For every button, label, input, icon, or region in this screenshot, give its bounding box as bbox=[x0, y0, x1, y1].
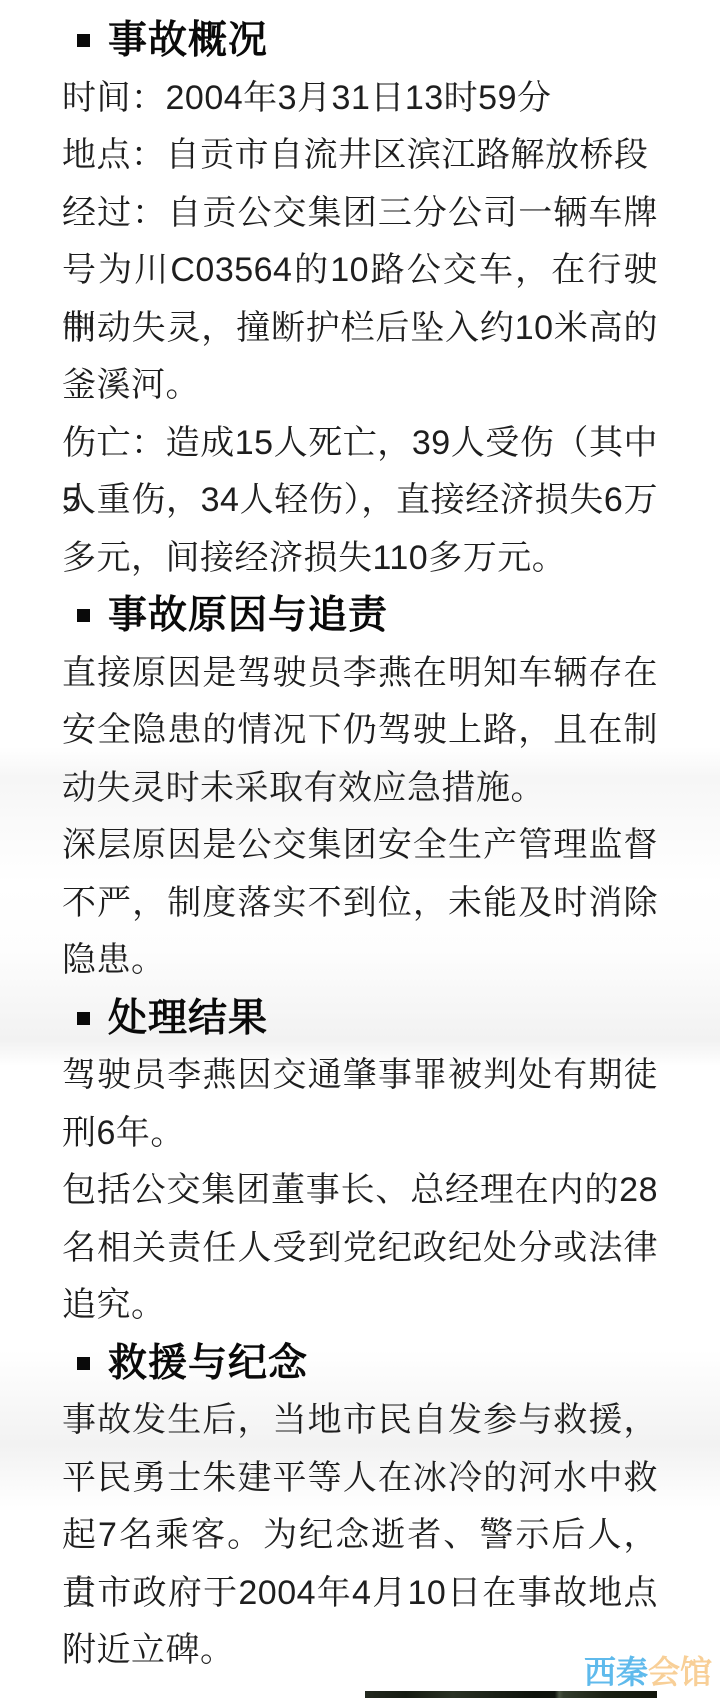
article-text-line: 包括公交集团董事长、总经理在内的28 bbox=[62, 1162, 658, 1220]
article-text-line: 动失灵时未采取有效应急措施。 bbox=[62, 760, 658, 818]
article-text-line: 驾驶员李燕因交通肇事罪被判处有期徒 bbox=[62, 1047, 658, 1105]
article-text-line: 附近立碑。 bbox=[62, 1622, 658, 1680]
section-heading-text: 事故原因与追责 bbox=[108, 587, 388, 645]
article-text-line: 事故发生后，当地市民自发参与救援， bbox=[62, 1392, 658, 1450]
section-heading-handling-result: 处理结果 bbox=[62, 990, 658, 1048]
article-text-line: 釜溪河。 bbox=[62, 357, 658, 415]
square-bullet-icon bbox=[77, 1357, 90, 1370]
article-text-line: 贡市政府于2004年4月10日在事故地点 bbox=[62, 1565, 658, 1623]
article-text-line: 安全隐患的情况下仍驾驶上路，且在制 bbox=[62, 702, 658, 760]
section-heading-text: 事故概况 bbox=[108, 12, 268, 70]
article-text-line: 经过：自贡公交集团三分公司一辆车牌 bbox=[62, 185, 658, 243]
article-text-line: 直接原因是驾驶员李燕在明知车辆存在 bbox=[62, 645, 658, 703]
article-text-line: 制动失灵，撞断护栏后坠入约10米高的 bbox=[62, 300, 658, 358]
watermark: 西秦会馆 bbox=[584, 1656, 712, 1688]
watermark-text-part2: 会馆 bbox=[648, 1654, 712, 1690]
article-text-line: 起7名乘客。为纪念逝者、警示后人，自 bbox=[62, 1507, 658, 1565]
section-heading-text: 处理结果 bbox=[108, 990, 268, 1048]
article-text-line: 隐患。 bbox=[62, 932, 658, 990]
section-heading-accident-overview: 事故概况 bbox=[62, 12, 658, 70]
square-bullet-icon bbox=[77, 34, 90, 47]
article-text-line: 不严，制度落实不到位，未能及时消除 bbox=[62, 875, 658, 933]
article-body: 事故概况时间：2004年3月31日13时59分地点：自贡市自流井区滨江路解放桥段… bbox=[0, 0, 720, 1680]
article-photo-top-edge[interactable] bbox=[365, 1691, 657, 1698]
section-heading-rescue-and-memorial: 救援与纪念 bbox=[62, 1335, 658, 1393]
section-heading-cause-and-accountability: 事故原因与追责 bbox=[62, 587, 658, 645]
article-text-line: 深层原因是公交集团安全生产管理监督 bbox=[62, 817, 658, 875]
article-text-line: 追究。 bbox=[62, 1277, 658, 1335]
square-bullet-icon bbox=[77, 1012, 90, 1025]
article-text-line: 人重伤，34人轻伤），直接经济损失6万 bbox=[62, 472, 658, 530]
article-text-line: 号为川C03564的10路公交车，在行驶中 bbox=[62, 242, 658, 300]
article-text-line: 多元，间接经济损失110多万元。 bbox=[62, 530, 658, 588]
watermark-text-part1: 西秦 bbox=[584, 1654, 648, 1690]
article-page: 事故概况时间：2004年3月31日13时59分地点：自贡市自流井区滨江路解放桥段… bbox=[0, 0, 720, 1698]
article-text-line: 时间：2004年3月31日13时59分 bbox=[62, 70, 658, 128]
article-text-line: 伤亡：造成15人死亡，39人受伤（其中5 bbox=[62, 415, 658, 473]
square-bullet-icon bbox=[77, 609, 90, 622]
article-text-line: 名相关责任人受到党纪政纪处分或法律 bbox=[62, 1220, 658, 1278]
article-text-line: 平民勇士朱建平等人在冰冷的河水中救 bbox=[62, 1450, 658, 1508]
section-heading-text: 救援与纪念 bbox=[108, 1335, 308, 1393]
article-text-line: 地点：自贡市自流井区滨江路解放桥段 bbox=[62, 127, 658, 185]
article-text-line: 刑6年。 bbox=[62, 1105, 658, 1163]
